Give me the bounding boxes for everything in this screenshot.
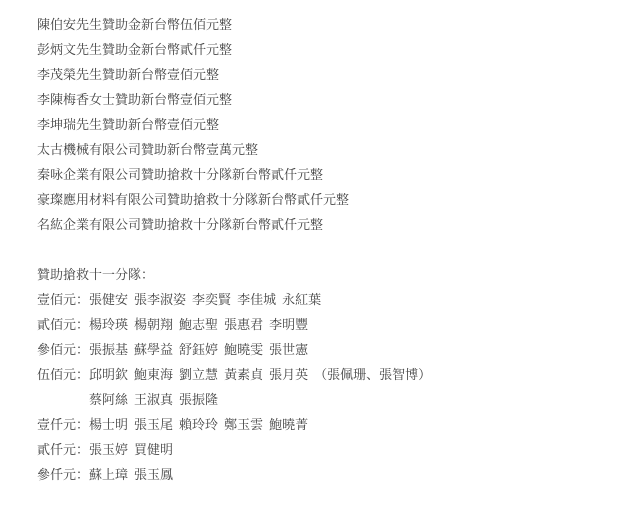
donation-line: 秦咏企業有限公司贊助搶救十分隊新台幣貳仟元整 (37, 163, 642, 188)
donation-line: 陳伯安先生贊助金新台幣伍佰元整 (37, 13, 642, 38)
donor-name: 鮑曉雯 (224, 343, 263, 358)
donor-name: 舒鈺婷 (179, 343, 218, 358)
donor-name-group: （張佩珊、張智博） (314, 368, 431, 383)
donation-line: 李坤瑞先生贊助新台幣壹佰元整 (37, 113, 642, 138)
tier-row-100: 壹佰元：張健安張李淑姿李奕賢李佳城永紅葉 (37, 288, 642, 313)
tier-label: 參佰元： (37, 343, 89, 358)
tier-label: 貳仟元： (37, 443, 89, 458)
donor-name: 永紅葉 (282, 293, 321, 308)
donor-name: 李奕賢 (192, 293, 231, 308)
donor-name: 劉立慧 (179, 368, 218, 383)
donor-name: 買健明 (134, 443, 173, 458)
donor-name: 鮑志聖 (179, 318, 218, 333)
tier-row-2000: 貳仟元：張玉婷買健明 (37, 438, 642, 463)
donor-name: 張世憲 (269, 343, 308, 358)
donor-name: 王淑真 (134, 393, 173, 408)
donor-name: 賴玲玲 (179, 418, 218, 433)
tier-names: 楊玲瑛楊朝翔鮑志聖張惠君李明豐 (89, 318, 314, 333)
donor-name: 張惠君 (224, 318, 263, 333)
tier-label: 貳佰元： (37, 318, 89, 333)
tier-names: 楊士明張玉尾賴玲玲鄭玉雲鮑曉菁 (89, 418, 314, 433)
section-title: 贊助搶救十一分隊： (37, 263, 642, 288)
donor-name: 鄭玉雲 (224, 418, 263, 433)
tier-names: 張振基蘇學益舒鈺婷鮑曉雯張世憲 (89, 343, 314, 358)
donation-line: 名紘企業有限公司贊助搶救十分隊新台幣貳仟元整 (37, 213, 642, 238)
donation-line: 太古機械有限公司贊助新台幣壹萬元整 (37, 138, 642, 163)
tier-row-500-continued: 蔡阿絲王淑真張振隆 (37, 388, 642, 413)
donor-name: 張健安 (89, 293, 128, 308)
donor-name: 楊朝翔 (134, 318, 173, 333)
donor-name: 張玉尾 (134, 418, 173, 433)
donor-name: 張振隆 (179, 393, 218, 408)
donor-name: 李佳城 (237, 293, 276, 308)
donor-name: 張玉鳳 (134, 468, 173, 483)
donor-name: 邱明欽 (89, 368, 128, 383)
tier-row-300: 參佰元：張振基蘇學益舒鈺婷鮑曉雯張世憲 (37, 338, 642, 363)
tier-row-200: 貳佰元：楊玲瑛楊朝翔鮑志聖張惠君李明豐 (37, 313, 642, 338)
tier-row-1000: 壹仟元：楊士明張玉尾賴玲玲鄭玉雲鮑曉菁 (37, 413, 642, 438)
tier-label: 伍佰元： (37, 368, 89, 383)
tier-names: 蘇上璋張玉鳳 (89, 468, 179, 483)
donation-line: 彭炳文先生贊助金新台幣貳仟元整 (37, 38, 642, 63)
spacer (37, 238, 642, 263)
tier-names: 張健安張李淑姿李奕賢李佳城永紅葉 (89, 293, 327, 308)
donor-name: 鮑東海 (134, 368, 173, 383)
donation-line: 李陳梅香女士贊助新台幣壹佰元整 (37, 88, 642, 113)
donor-name: 蘇學益 (134, 343, 173, 358)
tier-row-3000: 參仟元：蘇上璋張玉鳳 (37, 463, 642, 488)
donor-name: 蘇上璋 (89, 468, 128, 483)
donor-name: 張月英 (269, 368, 308, 383)
donation-document: 陳伯安先生贊助金新台幣伍佰元整 彭炳文先生贊助金新台幣貳仟元整 李茂榮先生贊助新… (0, 0, 642, 488)
donor-name: 鮑曉菁 (269, 418, 308, 433)
tier-names: 蔡阿絲王淑真張振隆 (89, 393, 224, 408)
tier-label: 壹仟元： (37, 418, 89, 433)
tier-row-500: 伍佰元：邱明欽鮑東海劉立慧黃素貞張月英（張佩珊、張智博） (37, 363, 642, 388)
donor-name: 蔡阿絲 (89, 393, 128, 408)
donor-name: 張李淑姿 (134, 293, 186, 308)
donor-name: 張振基 (89, 343, 128, 358)
tier-label: 參仟元： (37, 468, 89, 483)
donation-line: 李茂榮先生贊助新台幣壹佰元整 (37, 63, 642, 88)
tier-label: 壹佰元： (37, 293, 89, 308)
tier-names: 張玉婷買健明 (89, 443, 179, 458)
donor-name: 黃素貞 (224, 368, 263, 383)
donor-name: 李明豐 (269, 318, 308, 333)
donor-name: 楊玲瑛 (89, 318, 128, 333)
donation-line: 豪璨應用材料有限公司贊助搶救十分隊新台幣貳仟元整 (37, 188, 642, 213)
donor-name: 楊士明 (89, 418, 128, 433)
donor-name: 張玉婷 (89, 443, 128, 458)
tier-names: 邱明欽鮑東海劉立慧黃素貞張月英（張佩珊、張智博） (89, 368, 437, 383)
